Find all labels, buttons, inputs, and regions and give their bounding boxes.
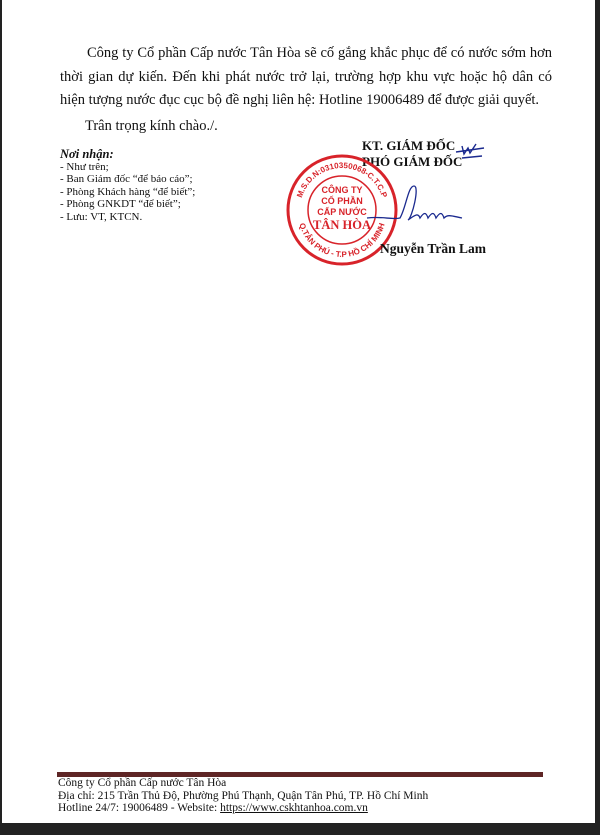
svg-text:CÔNG TY: CÔNG TY [321,184,362,195]
signature-title-line1: KT. GIÁM ĐỐC [362,138,462,154]
recipient-item: - Ban Giám đốc “để báo cáo”; [60,173,195,186]
recipients-title: Nơi nhận: [60,148,195,161]
body-paragraph: Công ty Cổ phần Cấp nước Tân Hòa sẽ cố g… [60,42,552,113]
svg-text:CẤP NƯỚC: CẤP NƯỚC [317,206,367,217]
website-link[interactable]: https://www.cskhtanhoa.com.vn [220,802,368,814]
footer-contact: Hotline 24/7: 19006489 - Website: https:… [58,802,428,815]
footer-address: Địa chỉ: 215 Trần Thủ Độ, Phường Phú Thạ… [58,790,428,803]
initial-mark-icon [454,140,494,162]
svg-text:CỔ PHẦN: CỔ PHẦN [321,195,363,206]
recipients-block: Nơi nhận: - Như trên; - Ban Giám đốc “để… [60,148,195,224]
recipient-item: - Như trên; [60,161,195,174]
footer-company: Công ty Cổ phần Cấp nước Tân Hòa [58,777,428,790]
recipient-item: - Phòng Khách hàng “để biết”; [60,186,195,199]
footer: Công ty Cổ phần Cấp nước Tân Hòa Địa chỉ… [58,777,428,815]
document-page: Công ty Cổ phần Cấp nước Tân Hòa sẽ cố g… [2,0,595,823]
recipient-item: - Phòng GNKDT “để biết”; [60,198,195,211]
footer-hotline: Hotline 24/7: 19006489 - Website: [58,802,220,814]
handwritten-signature [362,178,472,238]
greeting: Trân trọng kính chào./. [85,118,218,135]
recipient-item: - Lưu: VT, KTCN. [60,211,195,224]
signer-name: Nguyễn Trần Lam [380,241,486,257]
